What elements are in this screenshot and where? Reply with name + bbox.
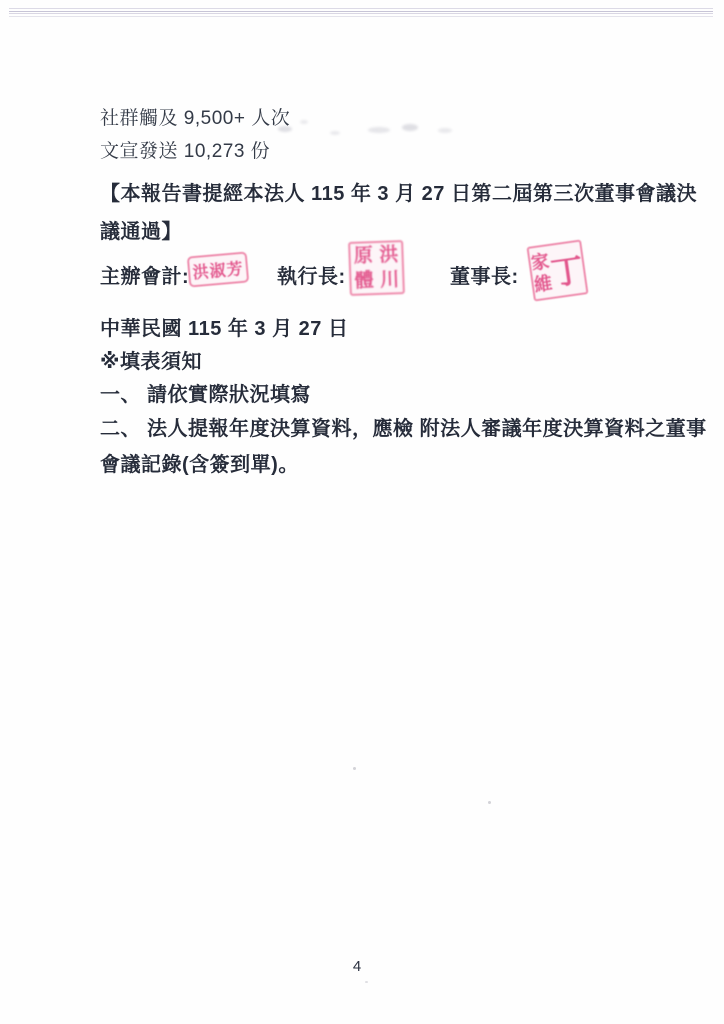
scan-speck: [353, 767, 356, 770]
accountant-seal-stamp: 洪淑芳: [187, 251, 249, 287]
metric-flyers-sent: 文宣發送 10,273 份: [100, 136, 270, 163]
scan-smudge: [402, 124, 418, 131]
accountant-label: 主辦會計:: [100, 260, 189, 289]
notes-item-2-line2: 會議記錄(含簽到單)。: [100, 448, 299, 477]
chairman-seal-stamp: 家 維 丁: [526, 239, 588, 301]
scan-smudge: [368, 127, 390, 133]
ceo-seal-stamp: 原 洪 體 川: [348, 240, 405, 296]
ceo-label: 執行長:: [277, 260, 346, 289]
chairman-label: 董事長:: [450, 260, 519, 289]
scan-smudge: [300, 120, 308, 124]
metric-social-reach: 社群觸及 9,500+ 人次: [100, 103, 290, 130]
approval-statement-line1: 【本報告書提經本法人 115 年 3 月 27 日第二屆第三次董事會議決: [100, 177, 697, 206]
notes-heading: ※填表須知: [100, 345, 202, 374]
scan-speck: [365, 981, 368, 983]
scan-smudge: [330, 131, 340, 135]
approval-statement-line2: 議通過】: [100, 215, 182, 244]
ceo-seal-glyph: 川: [380, 268, 400, 292]
roc-date-line: 中華民國 115 年 3 月 27 日: [100, 312, 348, 341]
scan-speck: [488, 801, 491, 804]
ceo-seal-glyph: 體: [354, 269, 374, 293]
scanned-document-page: 社群觸及 9,500+ 人次 文宣發送 10,273 份 【本報告書提經本法人 …: [0, 0, 724, 1024]
scan-artifact-line: [9, 8, 713, 9]
ceo-seal-glyph: 原: [353, 244, 373, 268]
notes-item-1: 一、 請依實際狀況填寫: [100, 378, 311, 407]
chairman-seal-glyph: 維: [533, 271, 554, 295]
ceo-seal-glyph: 洪: [379, 243, 399, 267]
notes-item-2-line1: 二、 法人提報年度決算資料，應檢 附法人審議年度決算資料之董事: [100, 412, 707, 441]
chairman-seal-glyph: 丁: [548, 244, 586, 294]
accountant-seal-text: 洪淑芳: [192, 256, 245, 283]
scan-artifact-line: [9, 16, 713, 17]
page-number: 4: [0, 958, 714, 975]
scan-artifact-line: [9, 13, 713, 14]
scan-artifact-line: [9, 11, 713, 12]
chairman-seal-glyph: 家: [530, 250, 551, 274]
scan-smudge: [438, 128, 452, 133]
